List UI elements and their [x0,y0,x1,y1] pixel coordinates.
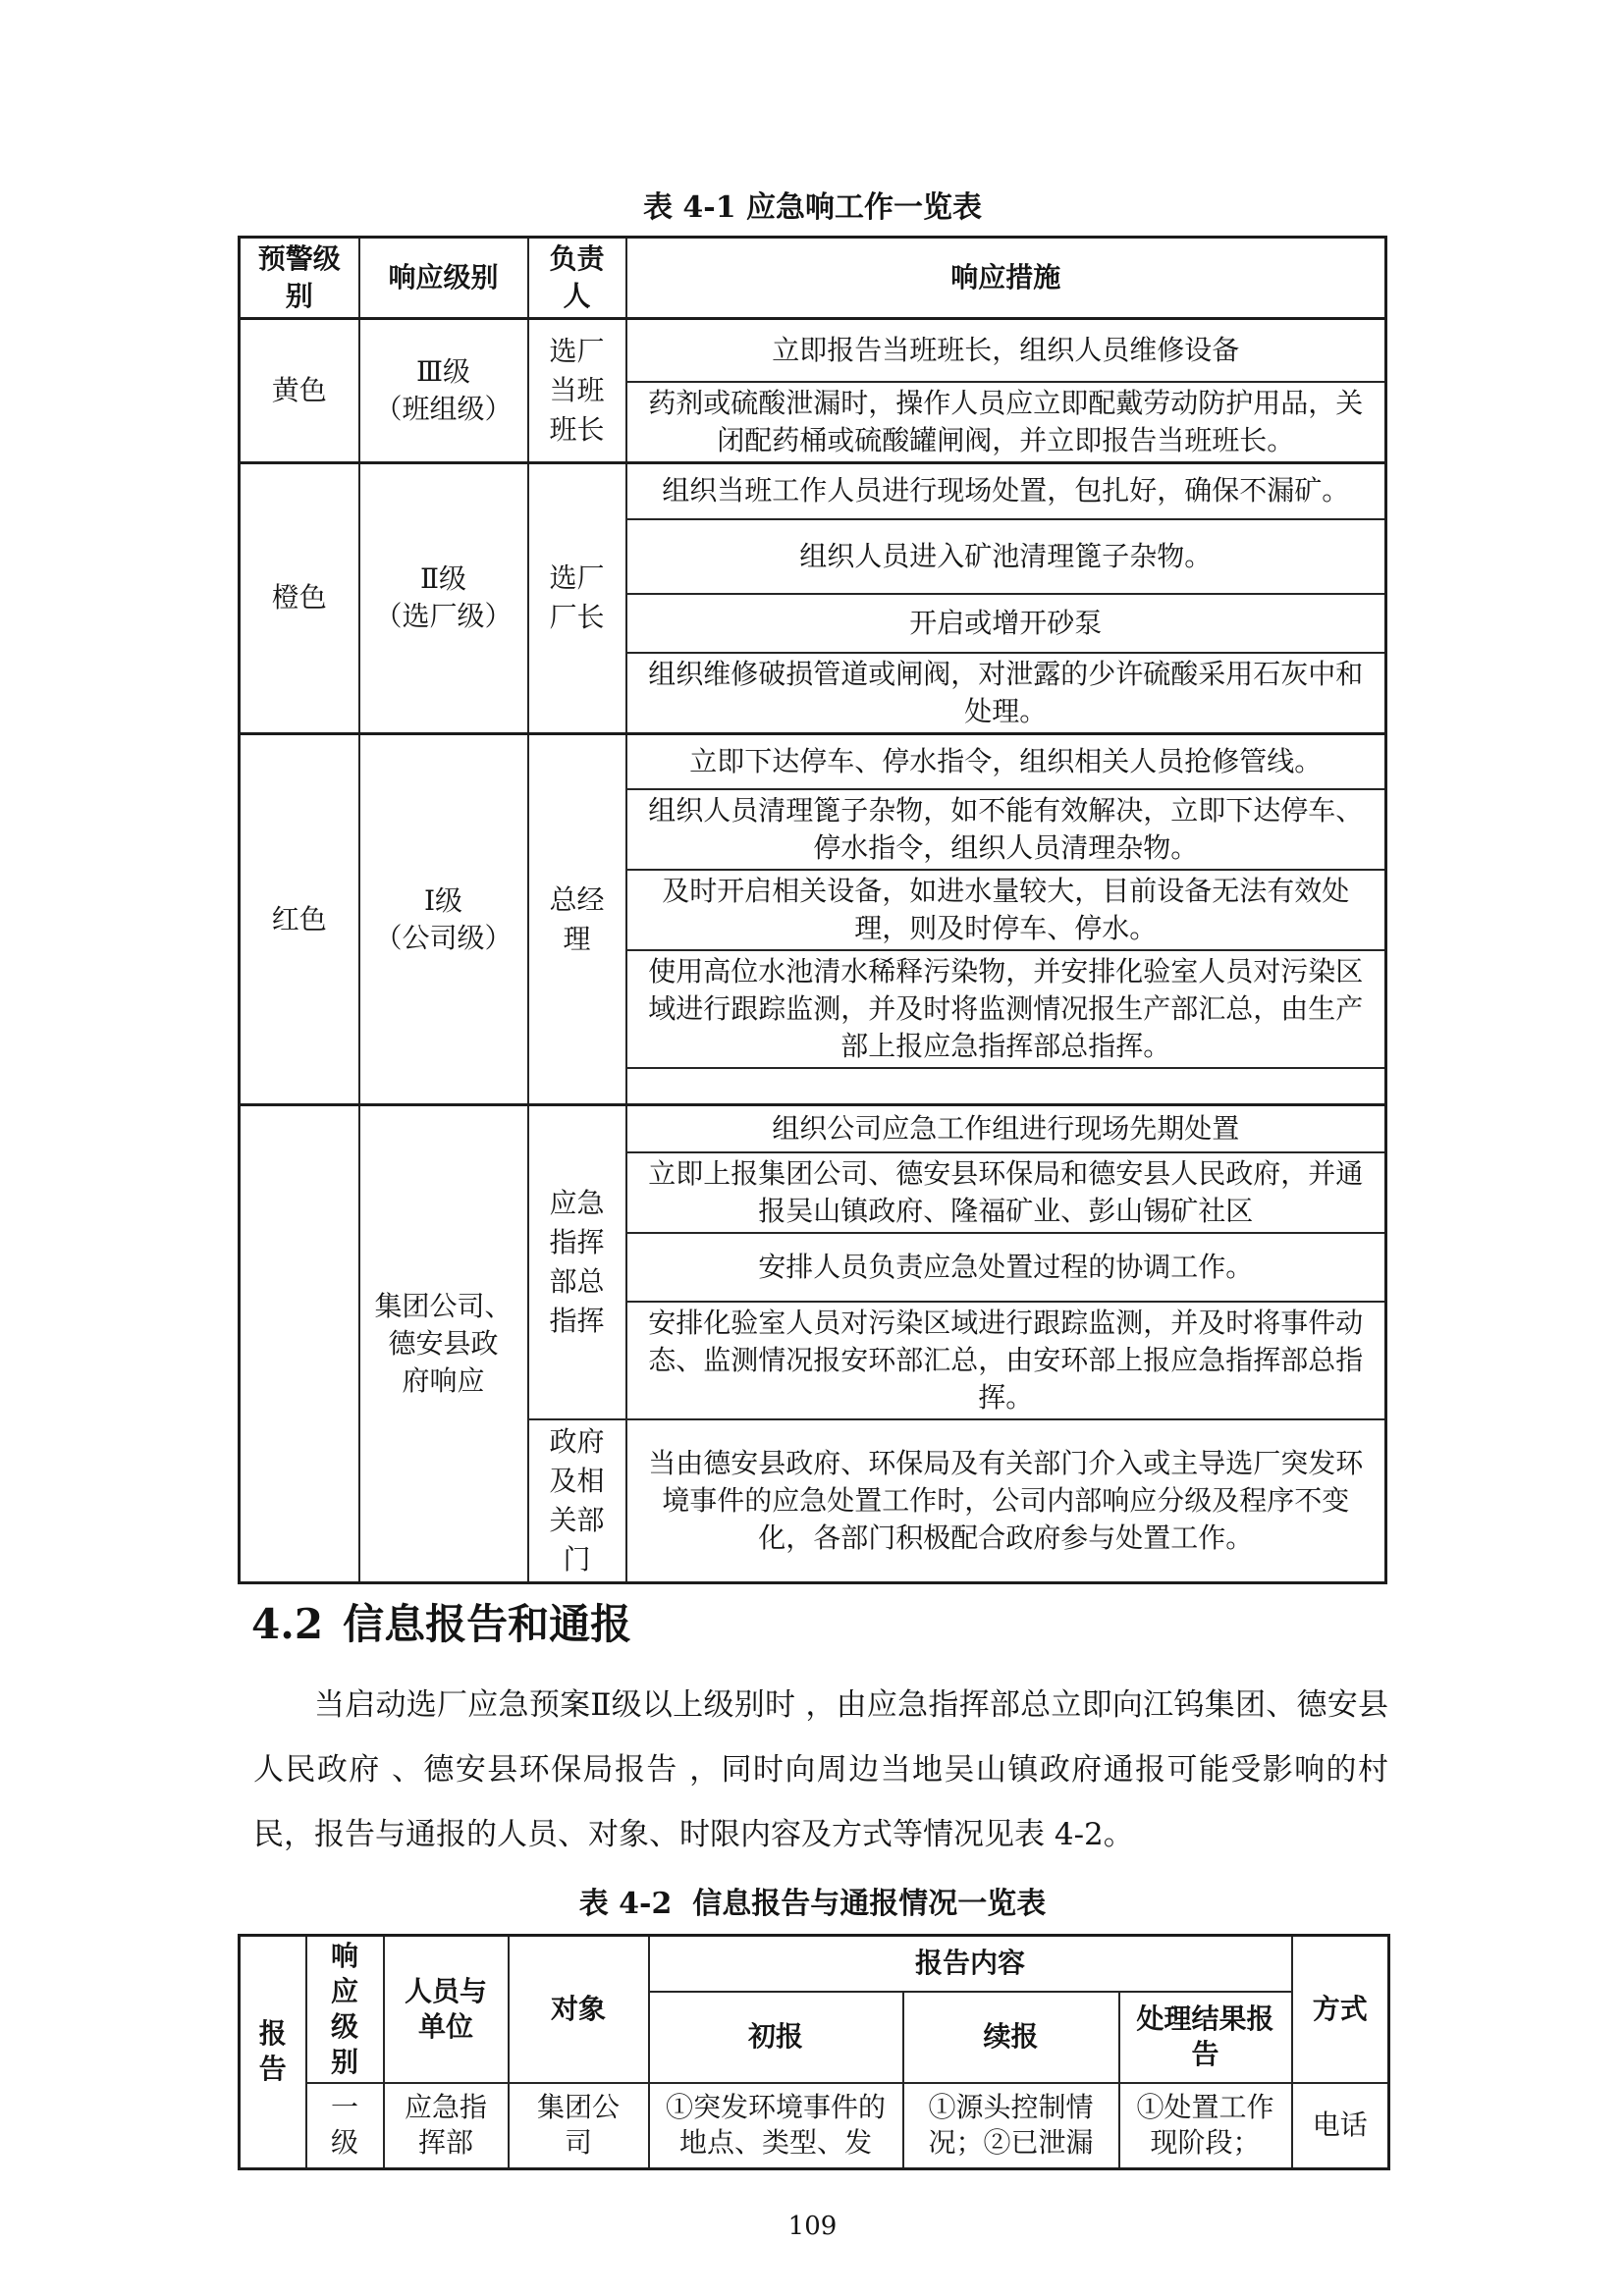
t1-level-2: Ⅱ级 （选厂级） [359,462,528,734]
t1-measure-cell-empty [626,1068,1386,1105]
t2-cell-target: 集团公司 [509,2083,649,2169]
t1-responsible-command-chief: 应急指挥部总指挥 [528,1105,626,1419]
t1-measure-cell: 组织当班工作人员进行现场处置，包扎好，确保不漏矿。 [626,462,1386,519]
table2-information-report: 报告 响应级别 人员与单位 对象 报告内容 方式 初报 续报 处理结果报告 一级… [238,1934,1390,2171]
t1-measure-cell: 立即上报集团公司、德安县环保局和德安县人民政府，并通报吴山镇政府、隆福矿业、彭山… [626,1152,1386,1233]
t2-data-row: 一级 应急指挥部 集团公司 ①突发环境事件的地点、类型、发 ①源头控制情况；②已… [240,2083,1389,2169]
t1-row: 橙色 Ⅱ级 （选厂级） 选厂厂长 组织当班工作人员进行现场处置，包扎好，确保不漏… [240,462,1386,519]
t2-cell-result: ①处置工作现阶段； [1119,2083,1292,2169]
t1-measure-cell: 开启或增开砂泵 [626,594,1386,653]
t1-measure-cell: 组织公司应急工作组进行现场先期处置 [626,1105,1386,1152]
section-title: 信息报告和通报 [343,1600,631,1648]
t2-header-target: 对象 [509,1935,649,2083]
t2-header-followup-report: 续报 [903,1992,1119,2083]
t1-measure-cell: 使用高位水池清水稀释污染物，并安排化验室人员对污染区域进行跟踪监测，并及时将监测… [626,950,1386,1068]
t1-measure-cell: 安排人员负责应急处置过程的协调工作。 [626,1233,1386,1302]
t2-header-result-report: 处理结果报告 [1119,1992,1292,2083]
t1-measure-cell: 安排化验室人员对污染区域进行跟踪监测，并及时将事件动态、监测情况报安环部汇总，由… [626,1302,1386,1419]
t1-header-warning-level: 预警级别 [240,238,359,319]
t1-responsible-shift-leader: 选厂当班班长 [528,319,626,463]
section-heading: 4.2信息报告和通报 [251,1600,1624,1649]
t1-measure-cell: 组织维修破损管道或闸阀，对泄露的少许硫酸采用石灰中和处理。 [626,653,1386,734]
t1-measure-cell: 立即报告当班班长，组织人员维修设备 [626,319,1386,382]
t1-warning-orange: 橙色 [240,462,359,734]
t1-header-row: 预警级别 响应级别 负责人 响应措施 [240,238,1386,319]
t2-header-report-content: 报告内容 [649,1935,1292,1992]
body-paragraph: 当启动选厂应急预案Ⅱ级以上级别时 ，由应急指挥部总立即向江钨集团、德安县人民政府… [253,1673,1388,1867]
table2-title: 表 4-2 信息报告与通报情况一览表 [238,1885,1387,1924]
t1-measure-cell: 立即下达停车、停水指令，组织相关人员抢修管线。 [626,734,1386,789]
t1-measure-cell: 药剂或硫酸泄漏时，操作人员应立即配戴劳动防护用品，关闭配药桶或硫酸罐闸阀，并立即… [626,382,1386,463]
t2-cell-initial: ①突发环境事件的地点、类型、发 [649,2083,903,2169]
t2-header-row-1: 报告 响应级别 人员与单位 对象 报告内容 方式 [240,1935,1389,1992]
t2-header-method: 方式 [1292,1935,1389,2083]
t2-header-report: 报告 [240,1935,306,2169]
table1-emergency-response: 预警级别 响应级别 负责人 响应措施 黄色 Ⅲ级 （班组级） 选厂当班班长 立即… [238,236,1387,1584]
t1-warning-red: 红色 [240,734,359,1105]
t2-header-person-unit: 人员与单位 [384,1935,509,2083]
t1-level-3: Ⅲ级 （班组级） [359,319,528,463]
t2-header-initial-report: 初报 [649,1992,903,2083]
t2-cell-followup: ①源头控制情况；②已泄漏 [903,2083,1119,2169]
t1-header-responsible: 负责人 [528,238,626,319]
t1-row: 集团公司、 德安县政 府响应 应急指挥部总指挥 组织公司应急工作组进行现场先期处… [240,1105,1386,1152]
t1-row: 红色 Ⅰ级 （公司级） 总经理 立即下达停车、停水指令，组织相关人员抢修管线。 [240,734,1386,789]
t2-cell-person: 应急指挥部 [384,2083,509,2169]
t1-measure-cell: 组织人员清理篦子杂物，如不能有效解决，立即下达停车、停水指令，组织人员清理杂物。 [626,789,1386,870]
t1-warning-yellow: 黄色 [240,319,359,463]
t1-measure-cell: 当由德安县政府、环保局及有关部门介入或主导选厂突发环境事件的应急处置工作时，公司… [626,1419,1386,1583]
t1-row: 黄色 Ⅲ级 （班组级） 选厂当班班长 立即报告当班班长，组织人员维修设备 [240,319,1386,382]
t1-responsible-general-manager: 总经理 [528,734,626,1105]
t2-cell-level: 一级 [306,2083,384,2169]
page-number: 109 [238,2212,1387,2241]
t2-cell-method: 电话 [1292,2083,1389,2169]
t1-level-group-government: 集团公司、 德安县政 府响应 [359,1105,528,1583]
table1-title: 表 4-1 应急响工作一览表 [238,0,1387,228]
t1-measure-cell: 组织人员进入矿池清理篦子杂物。 [626,519,1386,594]
document-page: 表 4-1 应急响工作一览表 预警级别 响应级别 负责人 响应措施 黄色 Ⅲ级 … [0,0,1624,2296]
t1-level-1: Ⅰ级 （公司级） [359,734,528,1105]
t1-responsible-government-departments: 政府及相关部门 [528,1419,626,1583]
t1-warning-empty [240,1105,359,1583]
t1-header-response-level: 响应级别 [359,238,528,319]
t1-responsible-plant-manager: 选厂厂长 [528,462,626,734]
t1-measure-cell: 及时开启相关设备，如进水量较大，目前设备无法有效处理，则及时停车、停水。 [626,870,1386,950]
t2-header-response-level: 响应级别 [306,1935,384,2083]
t1-header-measures: 响应措施 [626,238,1386,319]
section-number: 4.2 [251,1600,323,1648]
